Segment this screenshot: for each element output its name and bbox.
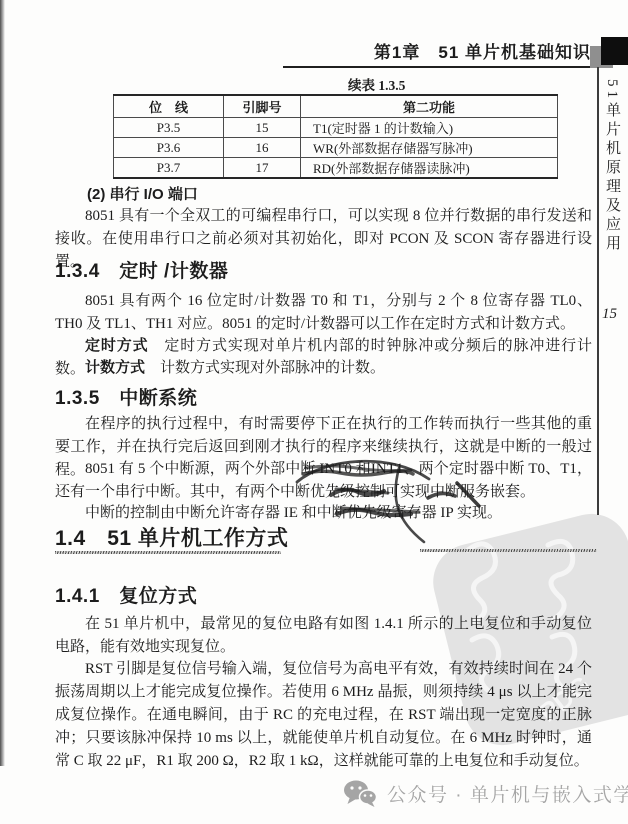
table-row: P3.7 17 RD(外部数据存储器读脉冲) [114,158,558,179]
timer-mode-label: 定时方式 [85,338,148,354]
count-mode-text: 计数方式实现对外部脉冲的计数。 [145,360,385,376]
book-title-vertical: 51单片机原理及应用 [602,79,623,254]
paragraph-reset-2: RST 引脚是复位信号输入端，复位信号为高电平有效，有效持续时间在 24 个振荡… [55,658,592,773]
paragraph-reset-1: 在 51 单片机中，最常见的复位电路有如图 1.4.1 所示的上电复位和手动复位… [55,613,592,659]
sidebar-divider [597,67,599,515]
chapter-header: 第1章 51 单片机基础知识 [374,38,591,63]
cell-bitline: P3.6 [114,138,224,158]
scan-left-edge [0,0,5,766]
cell-function: T1(定时器 1 的计数输入) [301,118,558,138]
cell-bitline: P3.7 [114,158,224,179]
paragraph-interrupt-2: 8051 有 5 个中断源，两个外部中断 INT0 和INT1、两个定时器中断 … [55,458,592,504]
col-header-pin: 引脚号 [224,95,301,118]
table-header-row: 位 线 引脚号 第二功能 [114,95,558,118]
section-heading-1-4-1: 1.4.1 复位方式 [55,581,197,608]
heading-underline-right [420,549,597,552]
sidebar-tab [601,37,628,65]
header-rule [283,66,598,68]
count-mode-line: 计数方式 计数方式实现对外部脉冲的计数。 [55,357,592,380]
count-mode-label: 计数方式 [85,360,145,376]
cell-bitline: P3.5 [114,118,224,138]
table-row: P3.6 16 WR(外部数据存储器写脉冲) [114,138,558,158]
paragraph-timer: 8051 具有两个 16 位定时/计数器 T0 和 T1，分别与 2 个 8 位… [55,290,592,336]
footer-watermark: 公众号 · 单片机与嵌入式学堂 [343,779,628,807]
scanned-book-page: 第1章 51 单片机基础知识 51单片机原理及应用 15 续表 1.3.5 位 … [0,0,628,824]
page-number: 15 [602,306,617,323]
cell-pin: 16 [224,138,301,158]
wechat-icon [343,779,377,807]
cell-function: RD(外部数据存储器读脉冲) [301,158,558,179]
col-header-bitline: 位 线 [114,95,224,118]
table-row: P3.5 15 T1(定时器 1 的计数输入) [114,118,558,138]
cell-pin: 15 [224,118,301,138]
col-header-function: 第二功能 [301,95,558,118]
table-caption: 续表 1.3.5 [348,74,405,94]
pin-function-table: 位 线 引脚号 第二功能 P3.5 15 T1(定时器 1 的计数输入) P3.… [113,94,558,179]
heading-underline-left [55,551,281,554]
footer-watermark-text: 公众号 · 单片机与嵌入式学堂 [387,780,628,807]
cell-function: WR(外部数据存储器写脉冲) [301,138,558,158]
section-heading-1-3-5: 1.3.5 中断系统 [55,383,197,410]
serial-io-subheading: (2) 串行 I/O 端口 [87,183,198,204]
section-heading-1-3-4: 1.3.4 定时 /计数器 [55,256,228,283]
section-heading-1-4: 1.4 51 单片机工作方式 [55,522,288,552]
cell-pin: 17 [224,158,301,179]
